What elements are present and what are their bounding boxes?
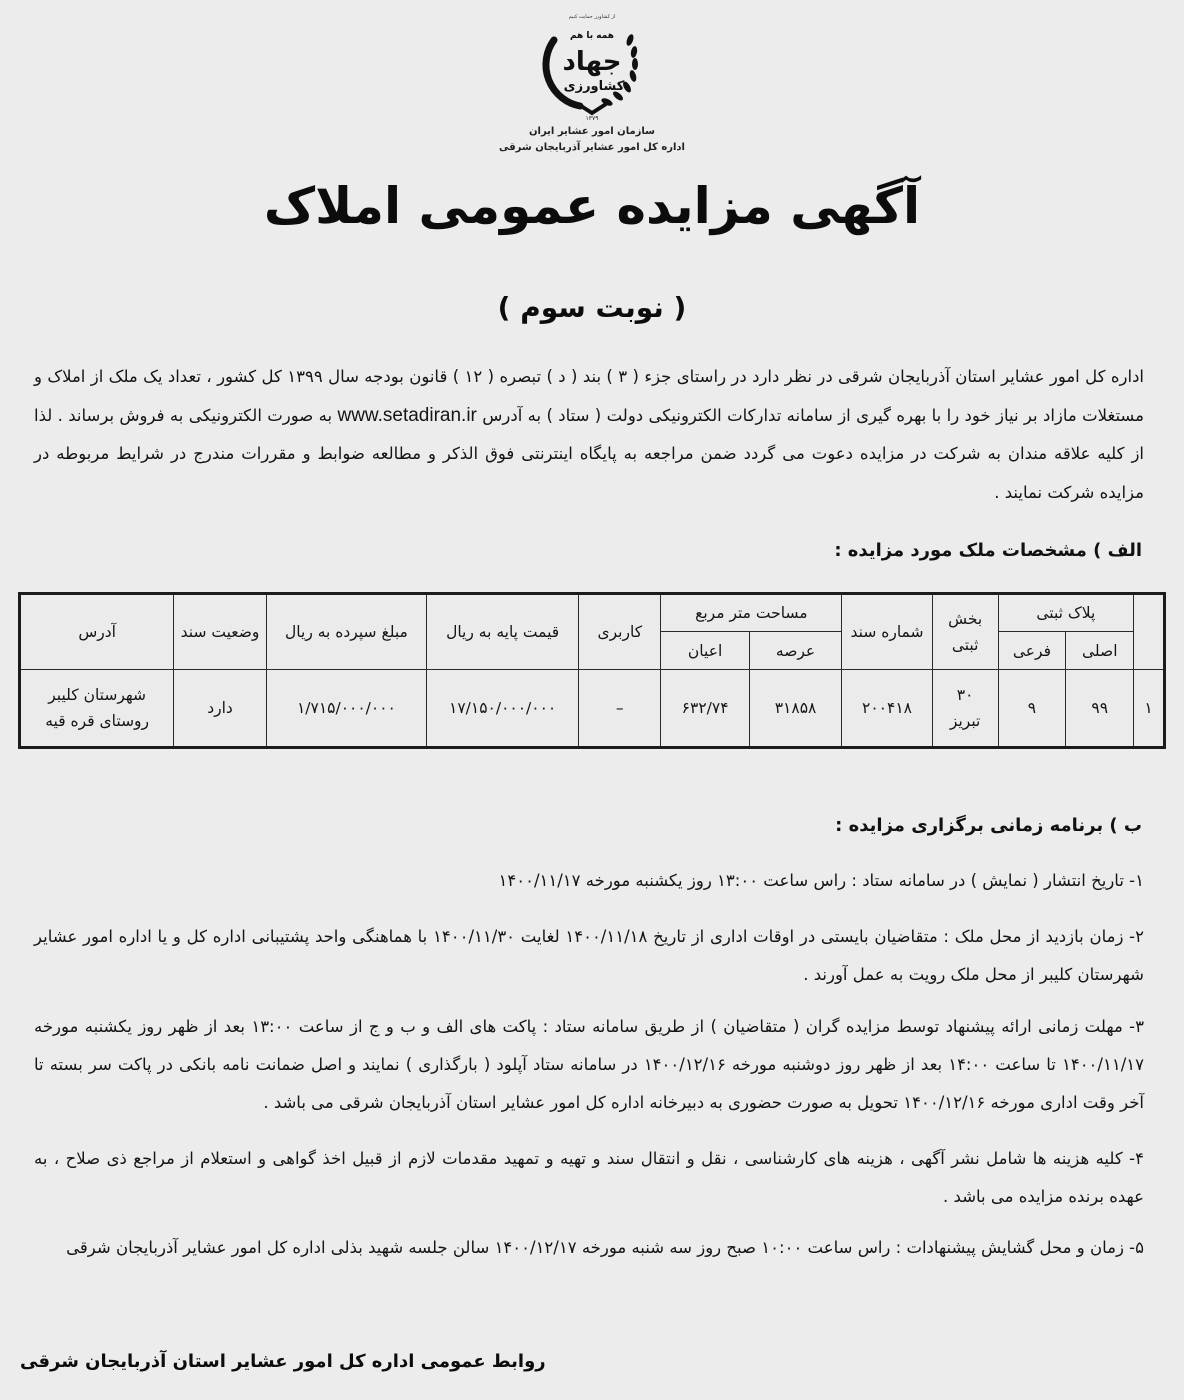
header-area-land: عرصه — [749, 632, 842, 670]
header-section: بخش ثبتی — [932, 594, 998, 670]
header-deposit: مبلغ سپرده به ریال — [266, 594, 426, 670]
org-name-national: سازمان امور عشایر ایران — [0, 126, 1184, 137]
svg-text:جهاد: جهاد — [562, 47, 621, 77]
page-title: آگهی مزایده عمومی املاک — [0, 176, 1184, 236]
property-table: پلاک ثبتی بخش ثبتی شماره سند مساحت متر م… — [18, 592, 1166, 749]
svg-text:۱۳۷۹: ۱۳۷۹ — [586, 115, 599, 120]
header-base-price: قیمت پایه به ریال — [427, 594, 579, 670]
header-usage: کاربری — [579, 594, 661, 670]
cell-base-price: ۱۷/۱۵۰/۰۰۰/۰۰۰ — [427, 670, 579, 748]
wheat-wreath-icon: همه با هم جهاد کشاورزی از کشاورز حمایت ک… — [532, 10, 652, 120]
cell-row-number: ۱ — [1134, 670, 1165, 748]
schedule-item-costs: ۴- کلیه هزینه ها شامل نشر آگهی ، هزینه ه… — [34, 1140, 1144, 1216]
header-deed-number: شماره سند — [842, 594, 932, 670]
table-row: ۱ ۹۹ ۹ ۳۰ تبریز ۲۰۰۴۱۸ ۳۱۸۵۸ ۶۳۲/۷۴ – ۱۷… — [20, 670, 1165, 748]
svg-text:از کشاورز حمایت کنیم: از کشاورز حمایت کنیم — [569, 14, 616, 20]
section-a-heading: الف ) مشخصات ملک مورد مزایده : — [834, 540, 1142, 561]
setadiran-link[interactable]: www.setadiran.ir — [337, 405, 476, 426]
header-area-building: اعیان — [661, 632, 749, 670]
cell-plaque-main: ۹۹ — [1066, 670, 1134, 748]
header-plaque: پلاک ثبتی — [998, 594, 1134, 632]
header-plaque-main: اصلی — [1066, 632, 1134, 670]
cell-deposit: ۱/۷۱۵/۰۰۰/۰۰۰ — [266, 670, 426, 748]
cell-address: شهرستان کلیبر روستای قره قیه — [20, 670, 174, 748]
schedule-item-publication: ۱- تاریخ انتشار ( نمایش ) در سامانه ستاد… — [34, 862, 1144, 900]
footer-text: روابط عمومی اداره کل امور عشایر استان آذ… — [20, 1351, 546, 1372]
cell-deed-number: ۲۰۰۴۱۸ — [842, 670, 932, 748]
page-subtitle: ( نوبت سوم ) — [0, 290, 1184, 326]
jihad-agriculture-logo: همه با هم جهاد کشاورزی از کشاورز حمایت ک… — [532, 10, 652, 120]
cell-deed-status: دارد — [174, 670, 267, 748]
schedule-item-site-visit: ۲- زمان بازدید از محل ملک : متقاضیان بای… — [34, 918, 1144, 994]
header-plaque-sub: فرعی — [998, 632, 1066, 670]
property-table-wrapper: پلاک ثبتی بخش ثبتی شماره سند مساحت متر م… — [18, 592, 1166, 746]
header-address: آدرس — [20, 594, 174, 670]
svg-text:کشاورزی: کشاورزی — [564, 79, 625, 94]
cell-usage: – — [579, 670, 661, 748]
auction-notice-page: همه با هم جهاد کشاورزی از کشاورز حمایت ک… — [0, 0, 1184, 1400]
schedule-item-bid-deadline: ۳- مهلت زمانی ارائه پیشنهاد توسط مزایده … — [34, 1008, 1144, 1122]
svg-text:همه با هم: همه با هم — [570, 31, 614, 41]
header-area: مساحت متر مربع — [661, 594, 842, 632]
org-name-provincial: اداره کل امور عشایر آذربایجان شرقی — [0, 142, 1184, 153]
intro-paragraph: اداره کل امور عشایر استان آذربایجان شرقی… — [34, 358, 1144, 512]
cell-area-land: ۳۱۸۵۸ — [749, 670, 842, 748]
section-b-heading: ب ) برنامه زمانی برگزاری مزایده : — [835, 815, 1142, 836]
schedule-item-bid-opening: ۵- زمان و محل گشایش پیشنهادات : راس ساعت… — [34, 1229, 1144, 1267]
header-row-number — [1134, 594, 1165, 670]
cell-section: ۳۰ تبریز — [932, 670, 998, 748]
cell-plaque-sub: ۹ — [998, 670, 1066, 748]
cell-area-building: ۶۳۲/۷۴ — [661, 670, 749, 748]
header-deed-status: وضعیت سند — [174, 594, 267, 670]
footer-signature: روابط عمومی اداره کل امور عشایر استان آذ… — [20, 1351, 720, 1372]
